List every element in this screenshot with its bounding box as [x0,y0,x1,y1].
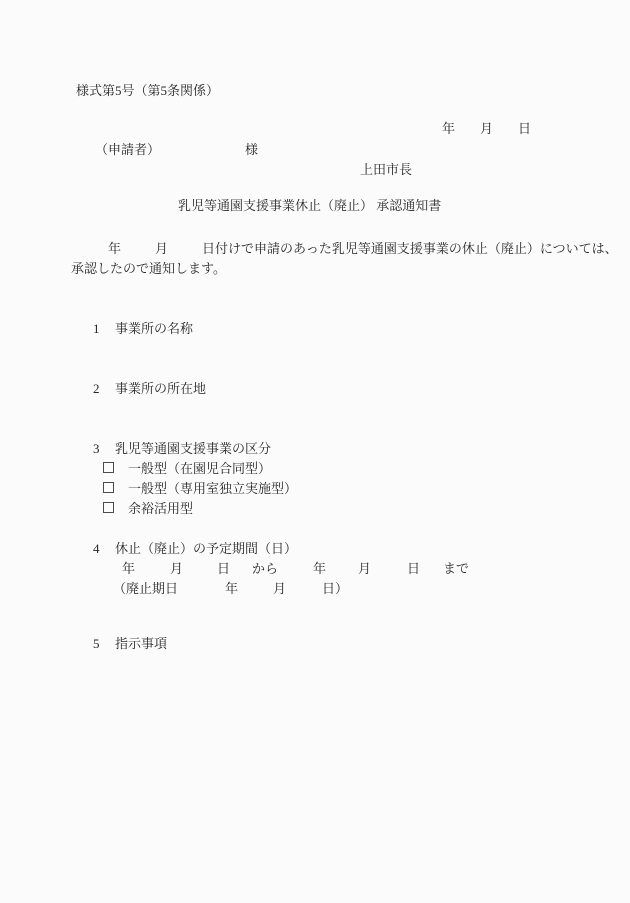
option-2-label: 一般型（専用室独立実施型） [128,480,297,497]
item-2-number: 2 [93,380,100,397]
checkbox-icon [103,462,114,473]
period-from-month-label: 月 [170,560,183,577]
apply-date-month-label: 月 [155,240,168,257]
apply-date-year-label: 年 [108,240,121,257]
body-paragraph-line1: 日付けで申請のあった乳児等通園支援事業の休止（廃止）については、 [202,240,618,257]
item-1-number: 1 [93,320,100,337]
checkbox-icon [103,502,114,513]
applicant-honorific: 様 [245,141,258,158]
item-5-label: 指示事項 [115,635,167,652]
abolition-month-label: 月 [273,580,286,597]
body-paragraph-line2: 承認したので通知します。 [71,260,226,277]
checkbox-icon [103,482,114,493]
issuer-name: 上田市長 [360,161,412,178]
option-3-label: 余裕活用型 [128,500,193,517]
applicant-label: （申請者） [95,141,160,158]
period-to-particle: まで [443,560,469,577]
issue-date-month-label: 月 [480,120,493,137]
document-title: 乳児等通園支援事業休止（廃止） 承認通知書 [178,197,441,214]
period-to-month-label: 月 [358,560,371,577]
item-1-label: 事業所の名称 [115,320,193,337]
form-number: 様式第5号（第5条関係） [76,82,219,99]
period-from-day-label: 日 [217,560,230,577]
issue-date-year-label: 年 [442,120,455,137]
item-4-number: 4 [93,540,100,557]
period-from-particle: から [252,560,278,577]
item-4-label: 休止（廃止）の予定期間（日） [115,540,297,557]
option-1-label: 一般型（在園児合同型） [128,460,271,477]
abolition-year-label: 年 [225,580,238,597]
item-5-number: 5 [93,635,100,652]
item-2-label: 事業所の所在地 [115,380,206,397]
period-to-day-label: 日 [407,560,420,577]
item-3-number: 3 [93,440,100,457]
item-3-label: 乳児等通園支援事業の区分 [115,440,271,457]
period-to-year-label: 年 [313,560,326,577]
abolition-day-label: 日） [322,580,348,597]
document-page: 様式第5号（第5条関係） 年 月 日 （申請者） 様 上田市長 乳児等通園支援事… [0,0,630,903]
period-from-year-label: 年 [122,560,135,577]
issue-date-day-label: 日 [518,120,531,137]
abolition-date-label: （廃止期日 [113,580,178,597]
